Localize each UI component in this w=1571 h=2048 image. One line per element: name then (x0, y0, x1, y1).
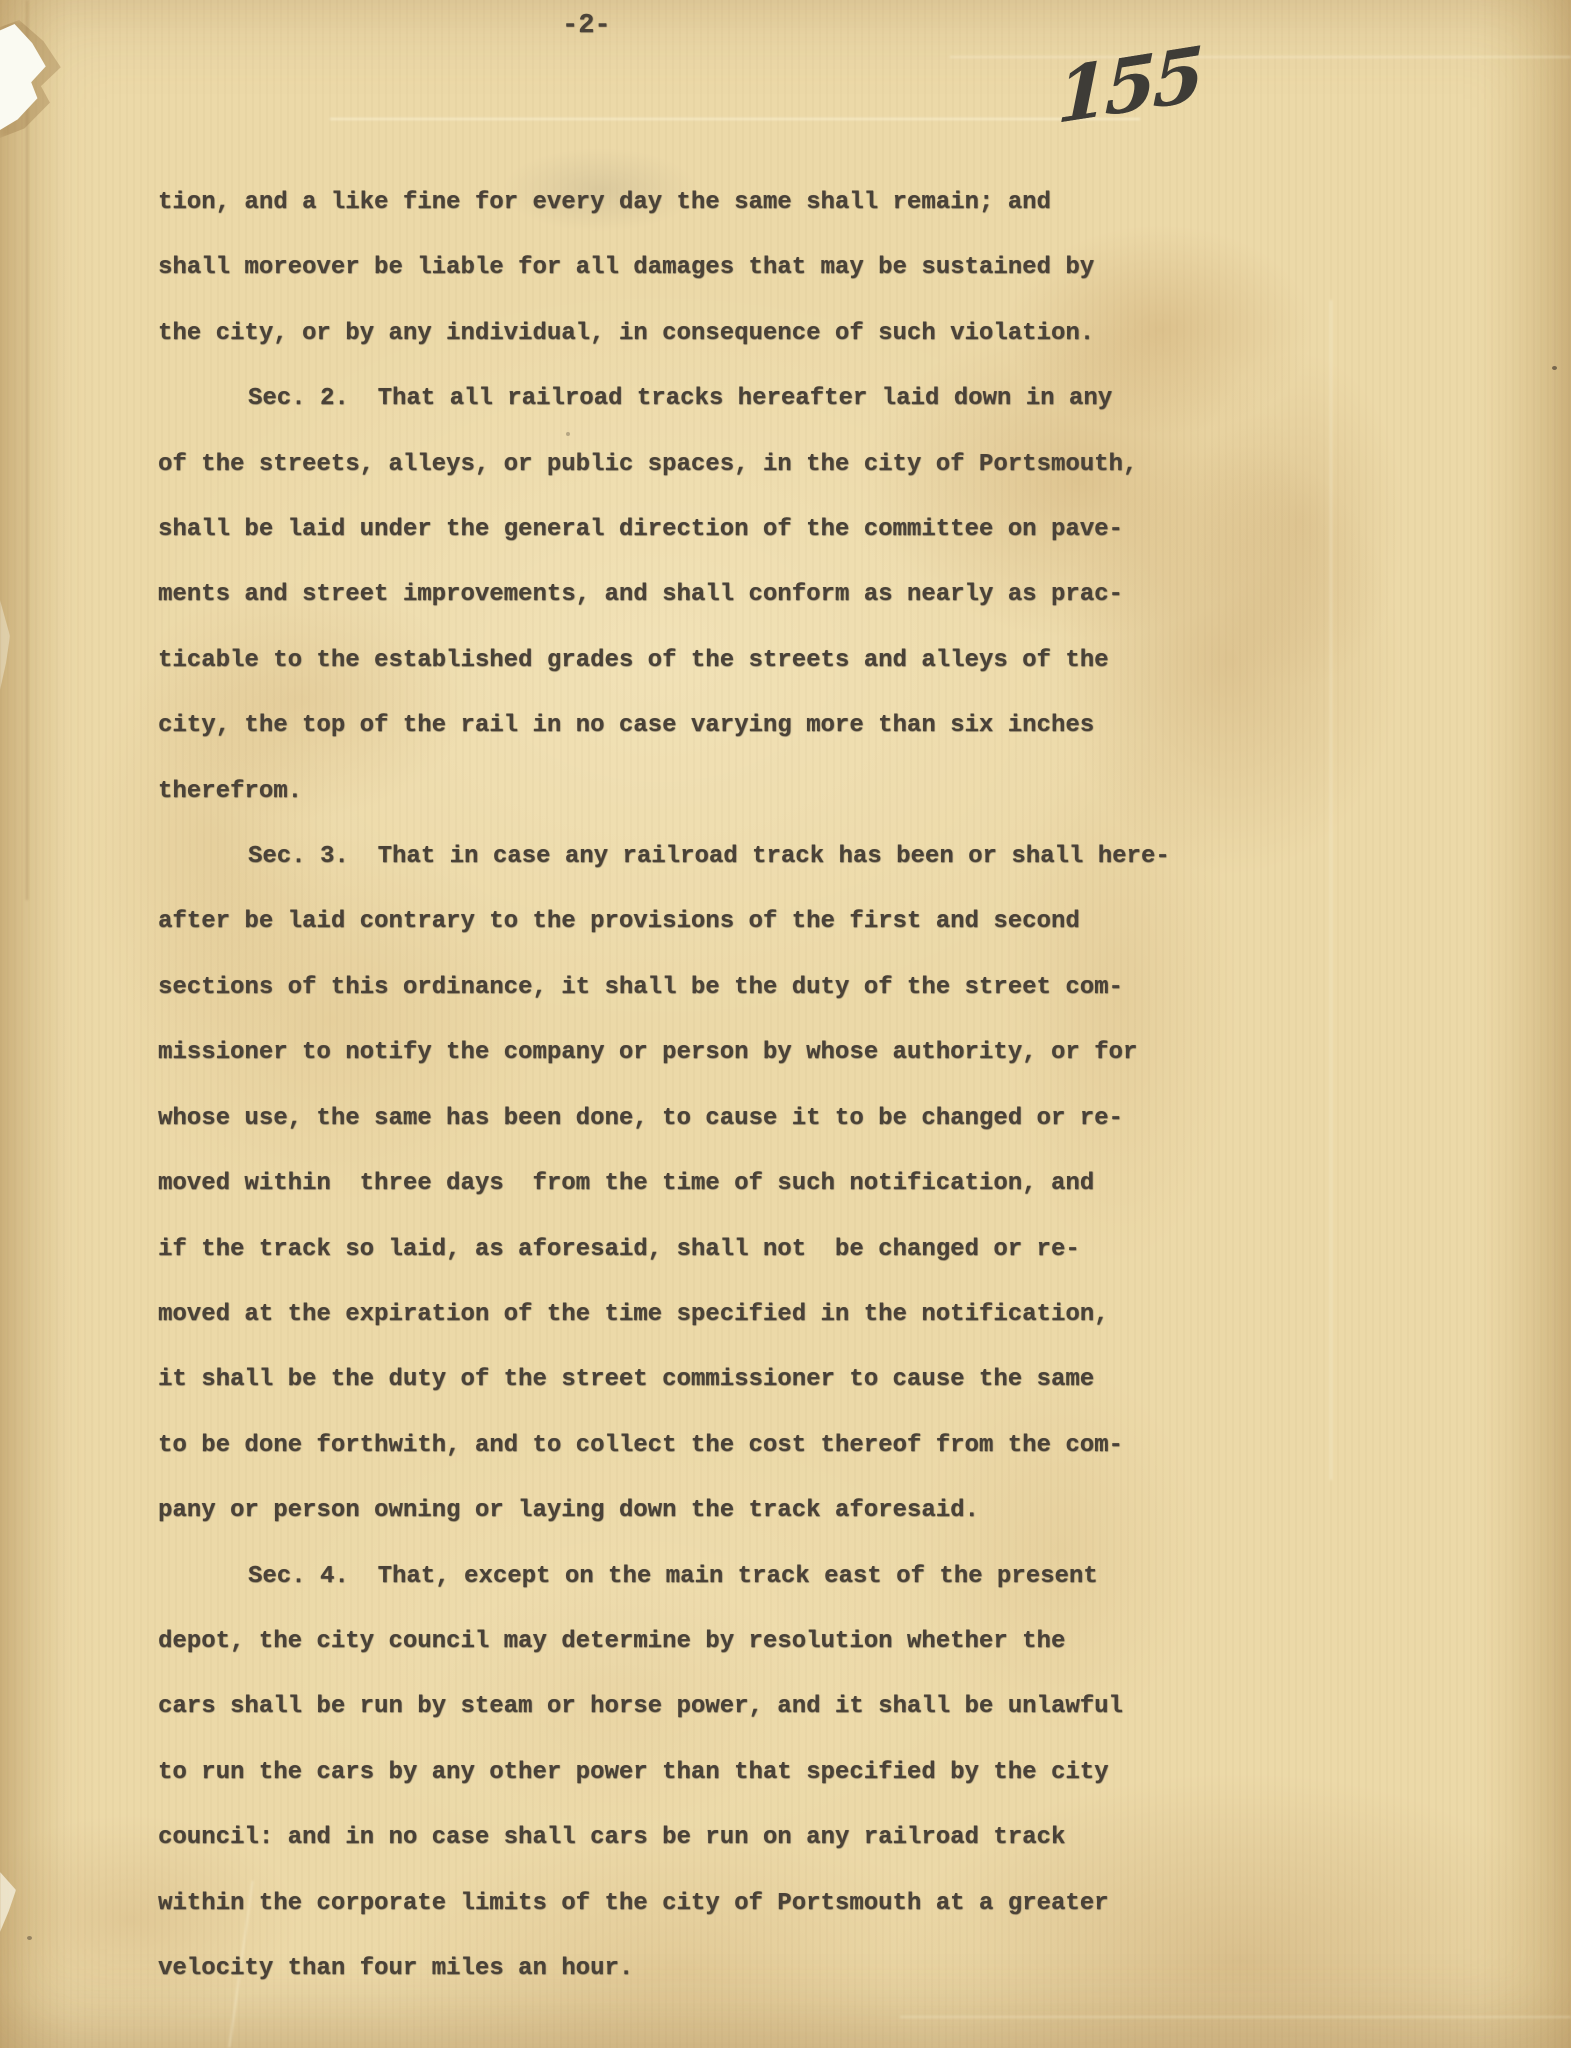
document-line: shall moreover be liable for all damages… (158, 235, 1218, 300)
document-line: the city, or by any individual, in conse… (158, 301, 1218, 366)
document-line: if the track so laid, as aforesaid, shal… (158, 1217, 1218, 1282)
document-line-section-3: Sec. 3. That in case any railroad track … (158, 824, 1218, 889)
fold-line (26, 0, 28, 900)
document-line: ticable to the established grades of the… (158, 628, 1218, 693)
document-line: city, the top of the rail in no case var… (158, 693, 1218, 758)
document-line: council: and in no case shall cars be ru… (158, 1805, 1218, 1870)
document-line: sections of this ordinance, it shall be … (158, 955, 1218, 1020)
document-line: moved at the expiration of the time spec… (158, 1282, 1218, 1347)
document-line: moved within three days from the time of… (158, 1151, 1218, 1216)
document-line: depot, the city council may determine by… (158, 1609, 1218, 1674)
document-line: after be laid contrary to the provisions… (158, 889, 1218, 954)
page-number: -2- (562, 8, 611, 44)
crease-line (330, 118, 1140, 120)
document-line: within the corporate limits of the city … (158, 1871, 1218, 1936)
document-line: therefrom. (158, 759, 1218, 824)
document-line-section-2: Sec. 2. That all railroad tracks hereaft… (158, 366, 1218, 431)
crease-line (900, 2016, 1571, 2018)
paper-page: -2- 155 tion, and a like fine for every … (0, 0, 1571, 2048)
ink-speck (27, 1936, 32, 1940)
document-line: velocity than four miles an hour. (158, 1936, 1218, 2001)
document-line: pany or person owning or laying down the… (158, 1478, 1218, 1543)
document-line: missioner to notify the company or perso… (158, 1020, 1218, 1085)
document-body: tion, and a like fine for every day the … (158, 170, 1218, 2001)
document-line: to run the cars by any other power than … (158, 1740, 1218, 1805)
document-line: of the streets, alleys, or public spaces… (158, 432, 1218, 497)
document-line: whose use, the same has been done, to ca… (158, 1086, 1218, 1151)
document-line-section-4: Sec. 4. That, except on the main track e… (158, 1544, 1218, 1609)
crease-line (950, 56, 1571, 58)
document-line: ments and street improvements, and shall… (158, 562, 1218, 627)
document-line: it shall be the duty of the street commi… (158, 1347, 1218, 1412)
document-line: shall be laid under the general directio… (158, 497, 1218, 562)
document-line: cars shall be run by steam or horse powe… (158, 1674, 1218, 1739)
ink-speck (1552, 366, 1557, 370)
document-line: tion, and a like fine for every day the … (158, 170, 1218, 235)
crease-line (1330, 300, 1332, 1480)
document-line: to be done forthwith, and to collect the… (158, 1413, 1218, 1478)
